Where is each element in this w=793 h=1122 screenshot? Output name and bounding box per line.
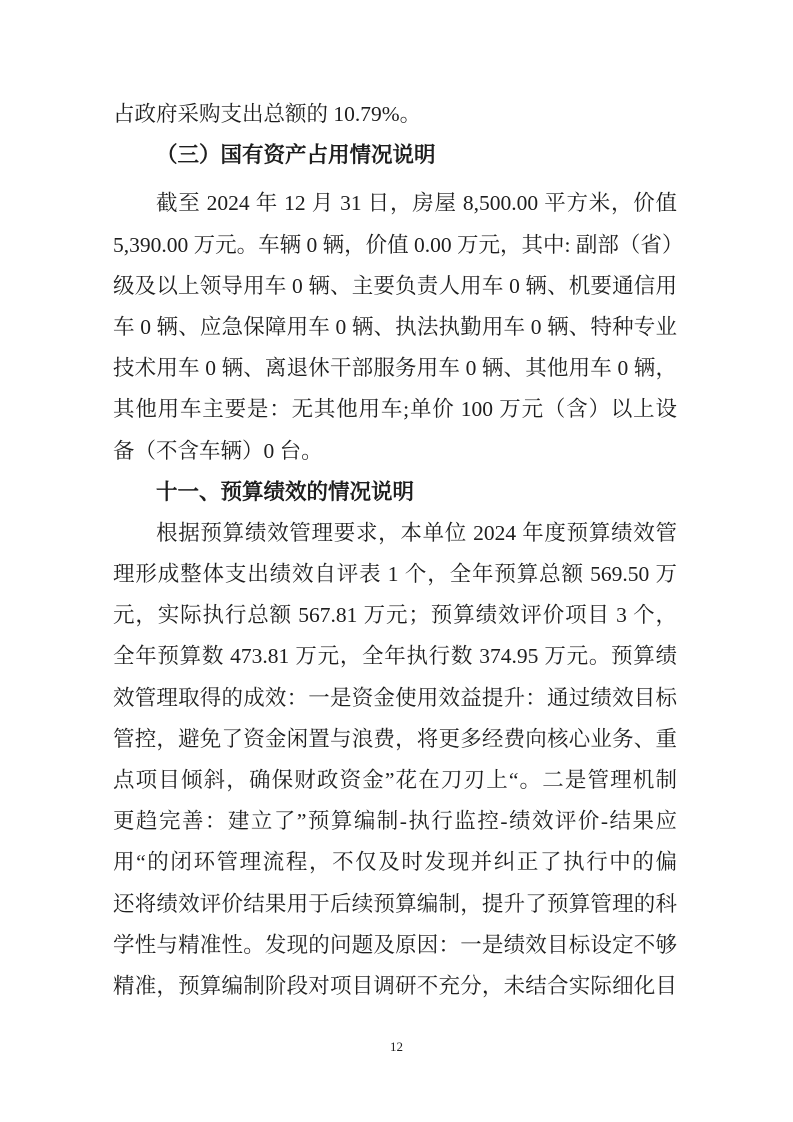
text-line: 学性与精准性。发现的问题及原因：一是绩效目标设定不够 bbox=[113, 925, 677, 966]
text-line: 占政府采购支出总额的 10.79%。 bbox=[113, 94, 677, 135]
text-line: 级及以上领导用车 0 辆、主要负责人用车 0 辆、机要通信用 bbox=[113, 266, 677, 307]
text-line: 元，实际执行总额 567.81 万元；预算绩效评价项目 3 个， bbox=[113, 595, 677, 636]
text-line: 还将绩效评价结果用于后续预算编制，提升了预算管理的科 bbox=[113, 884, 677, 925]
text-line: 车 0 辆、应急保障用车 0 辆、执法执勤用车 0 辆、特种专业 bbox=[113, 307, 677, 348]
text-line: 备（不含车辆）0 台。 bbox=[113, 431, 677, 472]
text-line: 精准，预算编制阶段对项目调研不充分，未结合实际细化目 bbox=[113, 966, 677, 1007]
document-body: 占政府采购支出总额的 10.79%。 （三）国有资产占用情况说明 截至 2024… bbox=[113, 94, 677, 1007]
text-line: 其他用车主要是：无其他用车;单价 100 万元（含）以上设 bbox=[113, 389, 677, 430]
subsection-heading: （三）国有资产占用情况说明 bbox=[113, 135, 677, 176]
text-line: 5,390.00 万元。车辆 0 辆，价值 0.00 万元，其中: 副部（省） bbox=[113, 225, 677, 266]
text-line: 点项目倾斜，确保财政资金”花在刀刃上“。二是管理机制 bbox=[113, 760, 677, 801]
page-number: 12 bbox=[0, 1038, 793, 1056]
text-line: 全年预算数 473.81 万元，全年执行数 374.95 万元。预算绩 bbox=[113, 636, 677, 677]
text-line: 用“的闭环管理流程，不仅及时发现并纠正了执行中的偏差， bbox=[113, 842, 677, 883]
text-line: 管控，避免了资金闲置与浪费，将更多经费向核心业务、重 bbox=[113, 719, 677, 760]
text-line: 技术用车 0 辆、离退休干部服务用车 0 辆、其他用车 0 辆， bbox=[113, 348, 677, 389]
text-line: 更趋完善：建立了”预算编制-执行监控-绩效评价-结果应 bbox=[113, 801, 677, 842]
document-page: 占政府采购支出总额的 10.79%。 （三）国有资产占用情况说明 截至 2024… bbox=[0, 0, 793, 1122]
text-line: 理形成整体支出绩效自评表 1 个，全年预算总额 569.50 万 bbox=[113, 554, 677, 595]
text-line: 根据预算绩效管理要求，本单位 2024 年度预算绩效管 bbox=[113, 513, 677, 554]
text-line: 截至 2024 年 12 月 31 日，房屋 8,500.00 平方米，价值 bbox=[113, 183, 677, 224]
text-line: 效管理取得的成效：一是资金使用效益提升：通过绩效目标 bbox=[113, 678, 677, 719]
section-heading: 十一、预算绩效的情况说明 bbox=[113, 472, 677, 513]
